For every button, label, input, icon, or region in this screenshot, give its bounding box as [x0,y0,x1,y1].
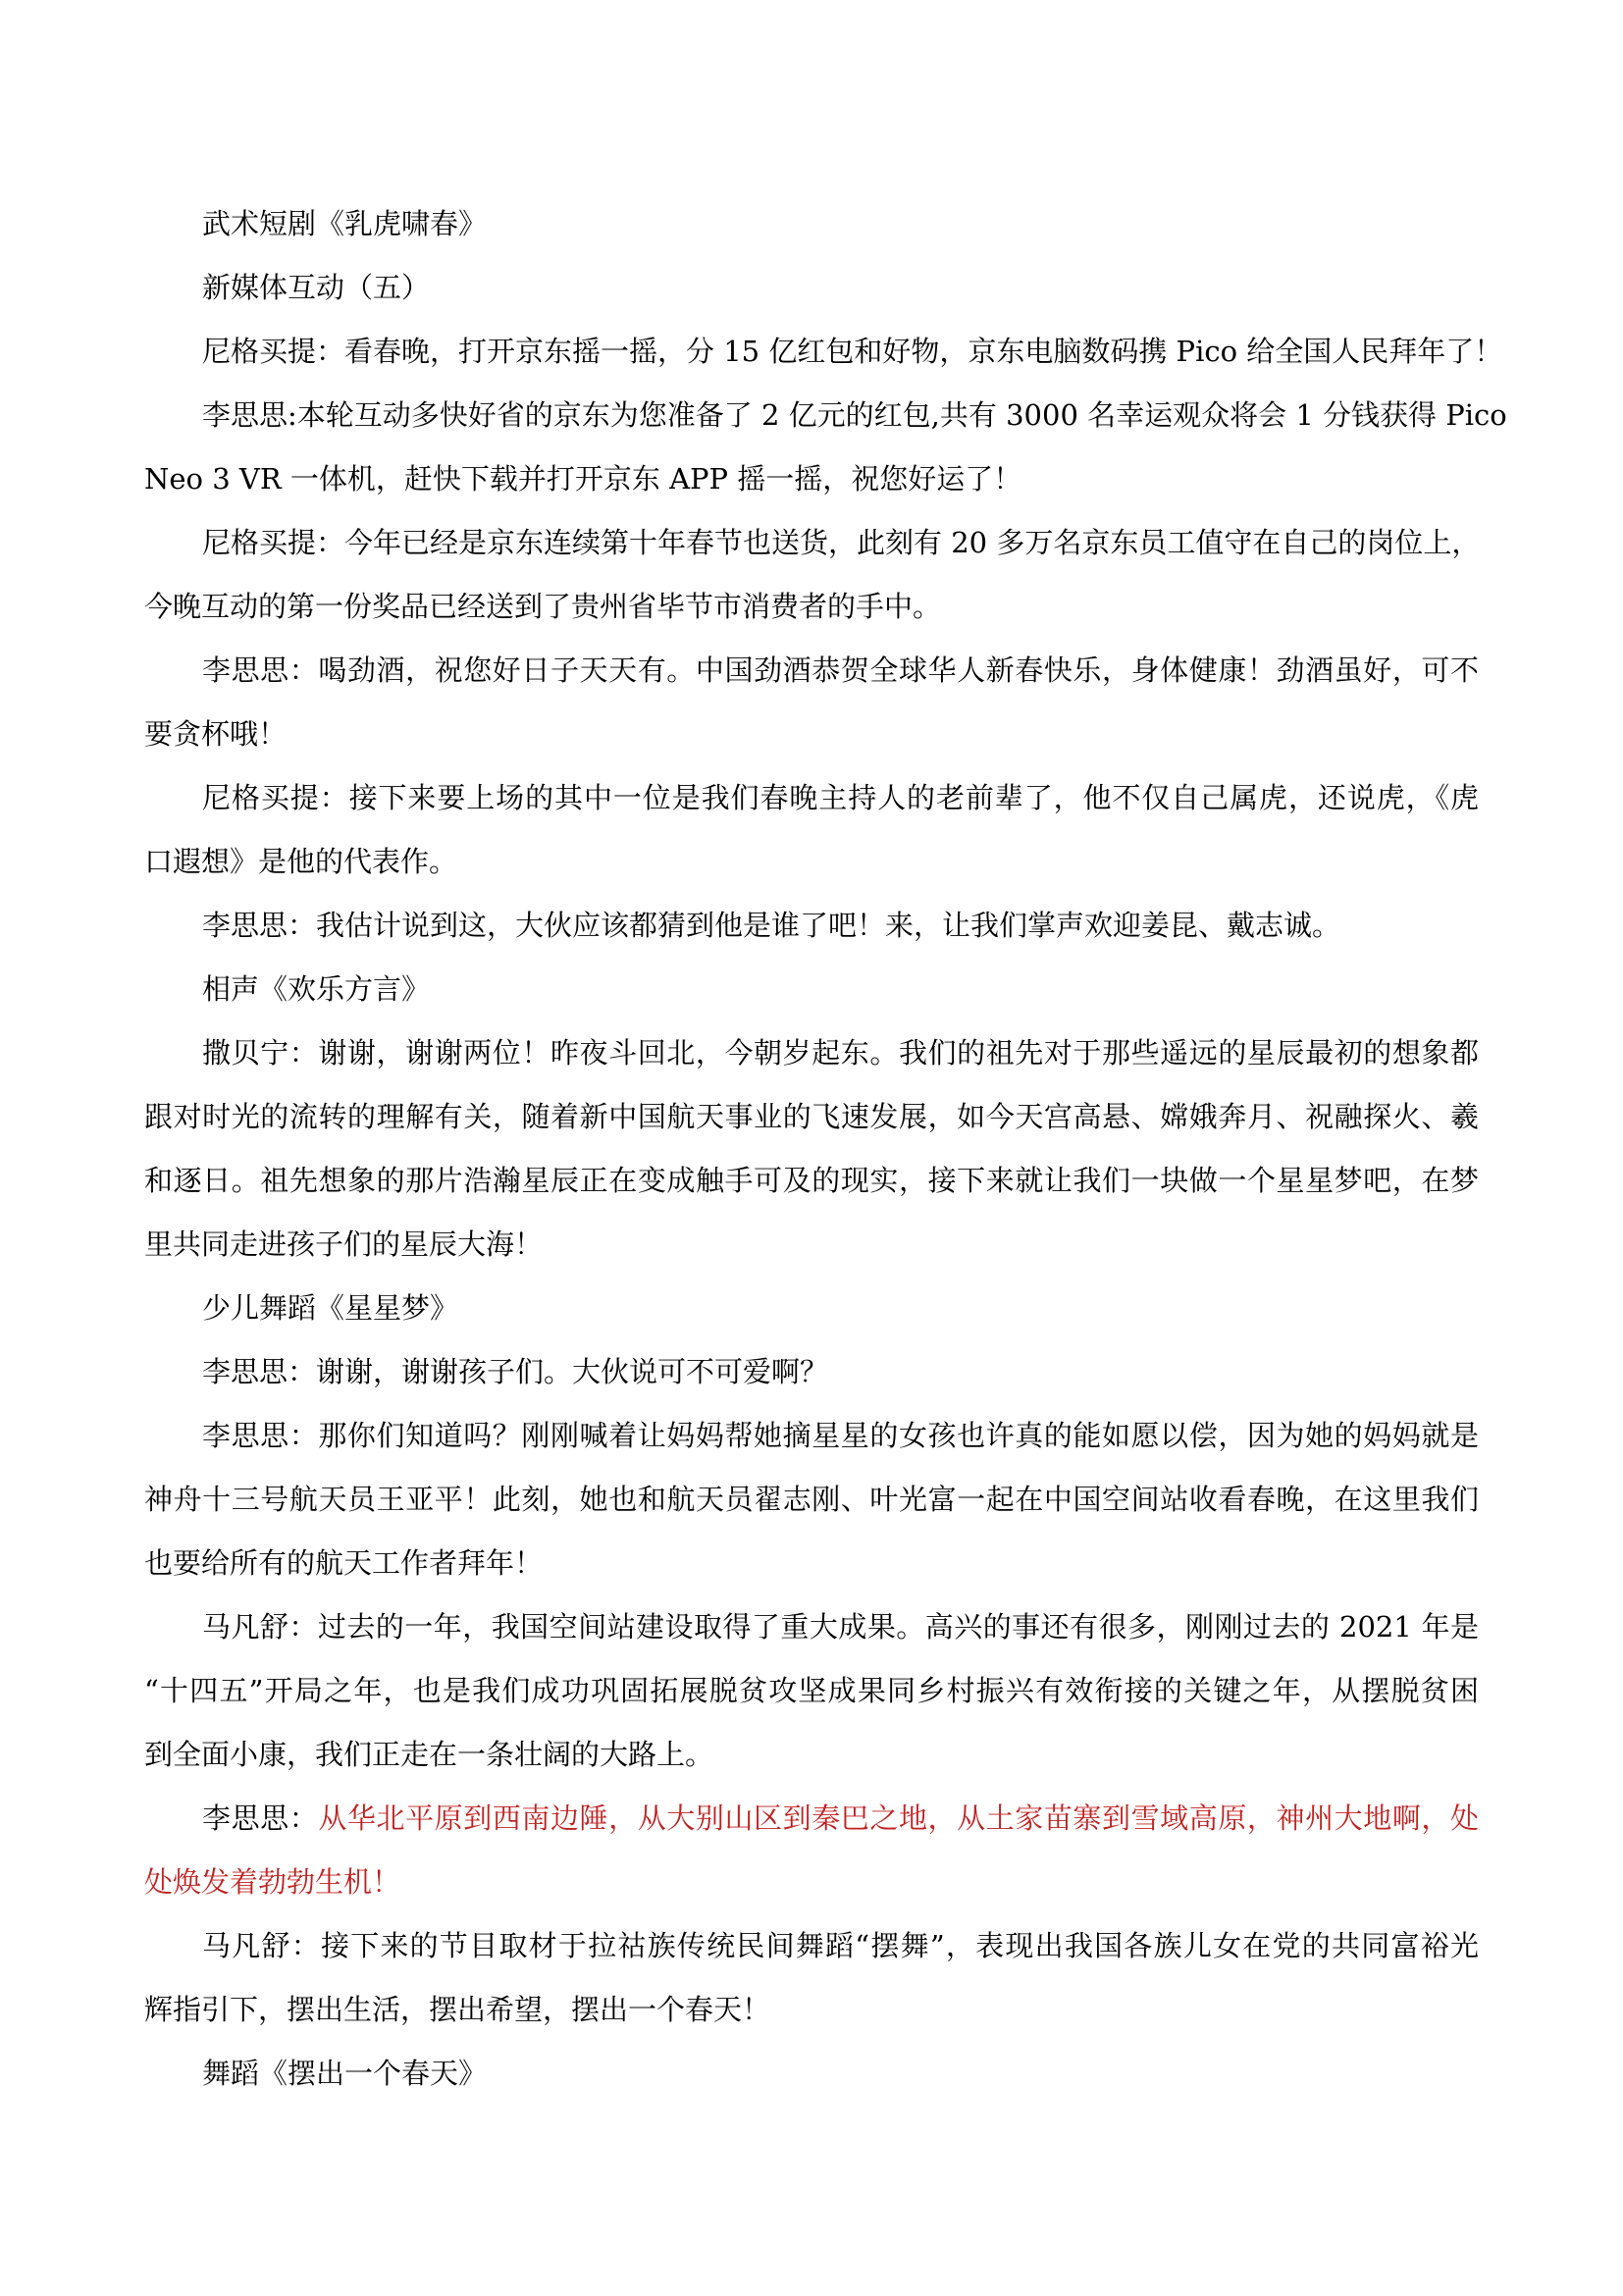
text-segment: Neo 3 VR 一体机，赶快下载并打开京东 APP 摇一摇，祝您好运了！ [144,462,1021,496]
text-segment: 相声《欢乐方言》 [202,972,430,1006]
text-line: 李思思：谢谢，谢谢孩子们。大伙说可不可爱啊？ [144,1340,1479,1404]
text-segment: 口遐想》是他的代表作。 [144,845,457,878]
text-line: 马凡舒：接下来的节目取材于拉祜族传统民间舞蹈“摆舞”，表现出我国各族儿女在党的共… [144,1914,1479,1978]
text-segment: 要贪杯哦！ [144,717,287,751]
text-segment: 今晚互动的第一份奖品已经送到了贵州省毕节市消费者的手中。 [144,590,941,623]
text-segment: 新媒体互动（五） [202,271,430,304]
text-segment: 跟对时光的流转的理解有关，随着新中国航天事业的飞速发展，如今天宫高悬、嫦娥奔月、… [144,1100,1479,1133]
text-segment: 武术短剧《乳虎啸春》 [202,207,487,240]
text-line: 和逐日。祖先想象的那片浩瀚星辰正在变成触手可及的现实，接下来就让我们一块做一个星… [144,1149,1479,1213]
text-segment: 辉指引下，摆出生活，摆出希望，摆出一个春天！ [144,1993,770,2026]
document-content: 武术短剧《乳虎啸春》新媒体互动（五）尼格买提：看春晚，打开京东摇一摇，分 15 … [144,192,1479,2106]
text-segment: 马凡舒：过去的一年，我国空间站建设取得了重大成果。高兴的事还有很多，刚刚过去的 … [202,1610,1479,1644]
text-line: 尼格买提：看春晚，打开京东摇一摇，分 15 亿红包和好物，京东电脑数码携 Pic… [144,320,1479,384]
text-segment: 和逐日。祖先想象的那片浩瀚星辰正在变成触手可及的现实，接下来就让我们一块做一个星… [144,1164,1479,1197]
text-segment: 神舟十三号航天员王亚平！此刻，她也和航天员翟志刚、叶光富一起在中国空间站收看春晚… [144,1483,1479,1516]
text-line: 舞蹈《摆出一个春天》 [144,2042,1479,2106]
text-segment: 李思思：谢谢，谢谢孩子们。大伙说可不可爱啊？ [202,1355,828,1388]
text-segment: 尼格买提：看春晚，打开京东摇一摇，分 15 亿红包和好物，京东电脑数码携 Pic… [202,335,1502,368]
text-line: 到全面小康，我们正走在一条壮阔的大路上。 [144,1723,1479,1787]
text-segment: 李思思:本轮互动多快好省的京东为您准备了 2 亿元的红包,共有 3000 名幸运… [202,398,1507,432]
text-line: 李思思:本轮互动多快好省的京东为您准备了 2 亿元的红包,共有 3000 名幸运… [144,384,1479,447]
text-line: 相声《欢乐方言》 [144,958,1479,1021]
text-segment: 李思思：喝劲酒，祝您好日子天天有。中国劲酒恭贺全球华人新春快乐，身体健康！劲酒虽… [202,653,1479,687]
text-line: 也要给所有的航天工作者拜年！ [144,1532,1479,1595]
text-line: 撒贝宁：谢谢，谢谢两位！昨夜斗回北，今朝岁起东。我们的祖先对于那些遥远的星辰最初… [144,1021,1479,1085]
text-line: 新媒体互动（五） [144,256,1479,320]
text-segment: 少儿舞蹈《星星梦》 [202,1291,458,1325]
text-line: 尼格买提：今年已经是京东连续第十年春节也送货，此刻有 20 多万名京东员工值守在… [144,511,1479,575]
text-segment: 里共同走进孩子们的星辰大海！ [144,1227,543,1261]
text-line: 口遐想》是他的代表作。 [144,830,1479,894]
text-segment: 李思思： [202,1801,318,1835]
text-line: 辉指引下，摆出生活，摆出希望，摆出一个春天！ [144,1978,1479,2042]
text-line: 神舟十三号航天员王亚平！此刻，她也和航天员翟志刚、叶光富一起在中国空间站收看春晚… [144,1468,1479,1532]
text-segment-red: 从华北平原到西南边陲，从大别山区到秦巴之地，从土家苗寨到雪域高原，神州大地啊，处 [318,1801,1479,1835]
text-segment: 也要给所有的航天工作者拜年！ [144,1546,543,1580]
document-page: 武术短剧《乳虎啸春》新媒体互动（五）尼格买提：看春晚，打开京东摇一摇，分 15 … [0,0,1623,2296]
text-segment: “十四五”开局之年，也是我们成功巩固拓展脱贫攻坚成果同乡村振兴有效衔接的关键之年… [144,1674,1479,1707]
text-line: 尼格买提：接下来要上场的其中一位是我们春晚主持人的老前辈了，他不仅自己属虎，还说… [144,766,1479,830]
text-segment: 李思思：我估计说到这，大伙应该都猜到他是谁了吧！来，让我们掌声欢迎姜昆、戴志诚。 [202,909,1340,942]
text-segment: 尼格买提：接下来要上场的其中一位是我们春晚主持人的老前辈了，他不仅自己属虎，还说… [202,781,1479,814]
text-line: 里共同走进孩子们的星辰大海！ [144,1213,1479,1277]
text-line: 李思思：从华北平原到西南边陲，从大别山区到秦巴之地，从土家苗寨到雪域高原，神州大… [144,1787,1479,1851]
text-segment: 尼格买提：今年已经是京东连续第十年春节也送货，此刻有 20 多万名京东员工值守在… [202,526,1480,559]
text-line: 今晚互动的第一份奖品已经送到了贵州省毕节市消费者的手中。 [144,575,1479,639]
text-segment-red: 处焕发着勃勃生机！ [144,1865,400,1899]
text-line: 李思思：我估计说到这，大伙应该都猜到他是谁了吧！来，让我们掌声欢迎姜昆、戴志诚。 [144,894,1479,958]
text-segment: 到全面小康，我们正走在一条壮阔的大路上。 [144,1738,713,1771]
text-segment: 李思思：那你们知道吗？刚刚喊着让妈妈帮她摘星星的女孩也许真的能如愿以偿，因为她的… [202,1419,1479,1452]
text-line: 李思思：喝劲酒，祝您好日子天天有。中国劲酒恭贺全球华人新春快乐，身体健康！劲酒虽… [144,639,1479,703]
text-line: 少儿舞蹈《星星梦》 [144,1277,1479,1340]
text-line: 跟对时光的流转的理解有关，随着新中国航天事业的飞速发展，如今天宫高悬、嫦娥奔月、… [144,1085,1479,1149]
text-line: 处焕发着勃勃生机！ [144,1851,1479,1914]
text-line: 要贪杯哦！ [144,703,1479,766]
text-segment: 舞蹈《摆出一个春天》 [202,2057,487,2090]
text-segment: 马凡舒：接下来的节目取材于拉祜族传统民间舞蹈“摆舞”，表现出我国各族儿女在党的共… [202,1929,1479,1962]
text-line: 武术短剧《乳虎啸春》 [144,192,1479,256]
text-line: Neo 3 VR 一体机，赶快下载并打开京东 APP 摇一摇，祝您好运了！ [144,447,1479,511]
text-line: “十四五”开局之年，也是我们成功巩固拓展脱贫攻坚成果同乡村振兴有效衔接的关键之年… [144,1659,1479,1723]
text-line: 李思思：那你们知道吗？刚刚喊着让妈妈帮她摘星星的女孩也许真的能如愿以偿，因为她的… [144,1404,1479,1468]
text-segment: 撒贝宁：谢谢，谢谢两位！昨夜斗回北，今朝岁起东。我们的祖先对于那些遥远的星辰最初… [202,1036,1479,1070]
text-line: 马凡舒：过去的一年，我国空间站建设取得了重大成果。高兴的事还有很多，刚刚过去的 … [144,1595,1479,1659]
